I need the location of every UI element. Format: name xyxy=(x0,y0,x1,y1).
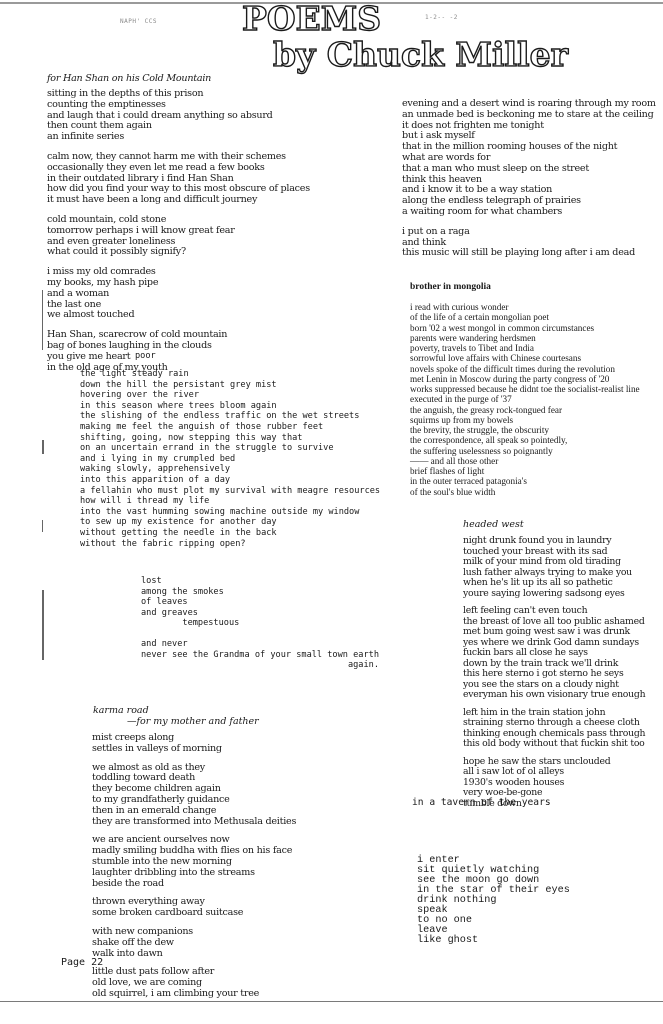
poem-line: an infinite series xyxy=(47,132,310,143)
poem-line: met bum going west saw i was drunk xyxy=(463,627,645,638)
poem-line: when he's lit up its all so pathetic xyxy=(463,578,645,589)
poem-line: they are transformed into Methusala deit… xyxy=(92,817,296,828)
poem-brother-in-mongolia: i read with curious wonderof the life of… xyxy=(410,302,640,497)
poem-line: and greaves xyxy=(141,608,379,619)
poem-line: old squirrel, i am climbing your tree xyxy=(92,989,296,1000)
poem-line: lost xyxy=(141,576,379,587)
poem-line: of leaves xyxy=(141,597,379,608)
poem-line: youre saying lowering sadsong eyes xyxy=(463,589,645,600)
poem-line: the correspondence, all speak so pointed… xyxy=(410,435,640,445)
poem-stanza: we almost as old as theytoddling toward … xyxy=(92,763,296,828)
poem-stanza: left him in the train station johnstrain… xyxy=(463,708,645,750)
poem-karma-road-dedication: —for my mother and father xyxy=(127,716,259,727)
poem-han-shan-continued: evening and a desert wind is roaring thr… xyxy=(402,99,656,268)
archive-stamp-right: 1-2-- -2 xyxy=(425,14,458,21)
poem-line: into the vast humming sowing machine out… xyxy=(80,507,380,518)
poem-line: straining sterno through a cheese cloth xyxy=(463,718,645,729)
poem-headed-west: night drunk found you in laundrytouched … xyxy=(463,536,645,816)
poem-stanza: and nevernever see the Grandma of your s… xyxy=(141,639,379,671)
poem-stanza: with new companionsshake off the dewwalk… xyxy=(92,927,296,959)
poem-line: fuckin bars all close he says xyxy=(463,648,645,659)
poem-line: all i saw lot of ol alleys xyxy=(463,767,645,778)
poem-line: it must have been a long and difficult j… xyxy=(47,195,310,206)
margin-mark xyxy=(42,440,44,454)
page-byline: by Chuck Miller xyxy=(273,38,568,71)
poem-line: an unmade bed is beckoning me to stare a… xyxy=(402,110,656,121)
poem-line: of the soul's blue width xyxy=(410,487,640,497)
poem-line: and never xyxy=(141,639,379,650)
margin-mark xyxy=(42,290,43,350)
poem-line: everyman his own visionary true enough xyxy=(463,690,645,701)
poem-line: executed in the purge of '37 xyxy=(410,394,640,404)
poem-stanza: i miss my old comradesmy books, my hash … xyxy=(47,267,310,321)
poem-line: some broken cardboard suitcase xyxy=(92,908,296,919)
poem-stanza: lostamong the smokesof leavesand greaves… xyxy=(141,576,379,629)
poem-line: poverty, travels to Tibet and India xyxy=(410,343,640,353)
poem-line: this music will still be playing long af… xyxy=(402,248,656,259)
poem-karma-road-title: karma road xyxy=(93,705,149,716)
poem-line: night drunk found you in laundry xyxy=(463,536,645,547)
poem-line: settles in valleys of morning xyxy=(92,744,296,755)
poem-line: like ghost xyxy=(417,936,570,946)
poem-line: then in an emerald change xyxy=(92,806,296,817)
poem-line: a fellahin who must plot my survival wit… xyxy=(80,486,380,497)
poem-stanza: thrown everything awaysome broken cardbo… xyxy=(92,897,296,919)
poem-line: tempestuous xyxy=(141,618,379,629)
page-title: POEMS xyxy=(242,2,381,35)
poem-line: milk of your mind from old tirading xyxy=(463,557,645,568)
margin-mark xyxy=(42,520,43,532)
poem-line: sorrowful love affairs with Chinese cour… xyxy=(410,353,640,363)
scan-margin-marks xyxy=(42,290,48,670)
poem-line: without getting the needle in the back xyxy=(80,528,380,539)
poem-line: i read with curious wonder xyxy=(410,302,640,312)
poem-line: the suffering uselessness so poignantly xyxy=(410,446,640,456)
poem-stanza: left feeling can't even touchthe breast … xyxy=(463,606,645,701)
poem-line: you give me heart xyxy=(47,352,310,363)
poem-line: in the outer terraced patagonia's xyxy=(410,476,640,486)
poem-stanza: little dust pats follow afterold love, w… xyxy=(92,967,296,999)
poem-line: shake off the dew xyxy=(92,938,296,949)
poem-han-shan: sitting in the depths of this prisoncoun… xyxy=(47,89,310,382)
poem-line: novels spoke of the difficult times duri… xyxy=(410,364,640,374)
poem-line: never see the Grandma of your small town… xyxy=(141,650,379,661)
poem-stanza: night drunk found you in laundrytouched … xyxy=(463,536,645,599)
poem-line: and a woman xyxy=(47,289,310,300)
poem-line: walk into dawn xyxy=(92,949,296,960)
han-shan-dedication: for Han Shan on his Cold Mountain xyxy=(47,74,211,85)
poem-stanza: Han Shan, scarecrow of cold mountainbag … xyxy=(47,330,310,373)
poem-tavern-title: in a tavern of the years xyxy=(412,798,551,809)
poem-line: into this apparition of a day xyxy=(80,475,380,486)
poem-stanza: mist creeps alongsettles in valleys of m… xyxy=(92,733,296,755)
page-number: Page 22 xyxy=(61,957,103,968)
poem-stanza: we are ancient ourselves nowmadly smilin… xyxy=(92,835,296,889)
poem-line: what could it possibly signify? xyxy=(47,247,310,258)
poem-line: this old body without that fuckin shit t… xyxy=(463,739,645,750)
poem-tavern: i entersit quietly watchingsee the moon … xyxy=(417,856,570,946)
poem-line: parents were wandering herdsmen xyxy=(410,333,640,343)
poem-line: how will i thread my life xyxy=(80,496,380,507)
poem-line: again. xyxy=(141,660,379,671)
poem-line: shifting, going, now stepping this way t… xyxy=(80,433,380,444)
poem-line: the anguish, the greasy rock-tongued fea… xyxy=(410,405,640,415)
poem-line: born '02 a west mongol in common circums… xyxy=(410,323,640,333)
poem-line: —— and all those other xyxy=(410,456,640,466)
poem-line: a waiting room for what chambers xyxy=(402,207,656,218)
poem-line: down the hill the persistant grey mist xyxy=(80,380,380,391)
poem-line: that a man who must sleep on the street xyxy=(402,164,656,175)
poem-line: met Lenin in Moscow during the party con… xyxy=(410,374,640,384)
poem-line: beside the road xyxy=(92,879,296,890)
poem-line: in this season where trees bloom again xyxy=(80,401,380,412)
margin-mark xyxy=(42,590,44,660)
poem-stanza: evening and a desert wind is roaring thr… xyxy=(402,99,656,218)
poem-line: left feeling can't even touch xyxy=(463,606,645,617)
poem-line: occasionally they even let me read a few… xyxy=(47,163,310,174)
poem-line: hovering over the river xyxy=(80,390,380,401)
poem-poor-title: poor xyxy=(135,351,156,361)
poem-stanza: i put on a ragaand thinkthis music will … xyxy=(402,227,656,259)
poem-line: brief flashes of light xyxy=(410,466,640,476)
poem-line: the brevity, the struggle, the obscurity xyxy=(410,425,640,435)
poem-line: squirms up from my bowels xyxy=(410,415,640,425)
poem-line: works suppressed because he didnt toe th… xyxy=(410,384,640,394)
poem-line: among the smokes xyxy=(141,587,379,598)
poem-stanza: cold mountain, cold stonetomorrow perhap… xyxy=(47,215,310,258)
poem-line: of the life of a certain mongolian poet xyxy=(410,312,640,322)
poem-line: on an uncertain errand in the struggle t… xyxy=(80,443,380,454)
poem-line: we almost touched xyxy=(47,310,310,321)
poem-line: making me feel the anguish of those rubb… xyxy=(80,422,380,433)
poem-karma-road: mist creeps alongsettles in valleys of m… xyxy=(92,733,296,1008)
poem-lost: lostamong the smokesof leavesand greaves… xyxy=(141,576,379,681)
poem-line: without the fabric ripping open? xyxy=(80,539,380,550)
poem-stanza: sitting in the depths of this prisoncoun… xyxy=(47,89,310,143)
poem-poor: the light steady raindown the hill the p… xyxy=(80,369,380,549)
poem-line: i put on a raga xyxy=(402,227,656,238)
poem-line: laughter dribbling into the streams xyxy=(92,868,296,879)
poem-line: the light steady rain xyxy=(80,369,380,380)
poem-brother-in-mongolia-title: brother in mongolia xyxy=(410,282,491,292)
poem-line: and i lying in my crumpled bed xyxy=(80,454,380,465)
bottom-rule xyxy=(0,1001,663,1002)
poem-stanza: calm now, they cannot harm me with their… xyxy=(47,152,310,206)
poem-line: to sew up my existence for another day xyxy=(80,517,380,528)
poem-line: tomorrow perhaps i will know great fear xyxy=(47,226,310,237)
poem-line: this here sterno i got sterno he seys xyxy=(463,669,645,680)
poem-headed-west-title: headed west xyxy=(463,519,524,530)
archive-stamp-left: NAPH' CCS xyxy=(120,18,157,25)
poem-line: the slishing of the endless traffic on t… xyxy=(80,411,380,422)
poem-line: counting the emptinesses xyxy=(47,100,310,111)
poem-line: waking slowly, apprehensively xyxy=(80,464,380,475)
